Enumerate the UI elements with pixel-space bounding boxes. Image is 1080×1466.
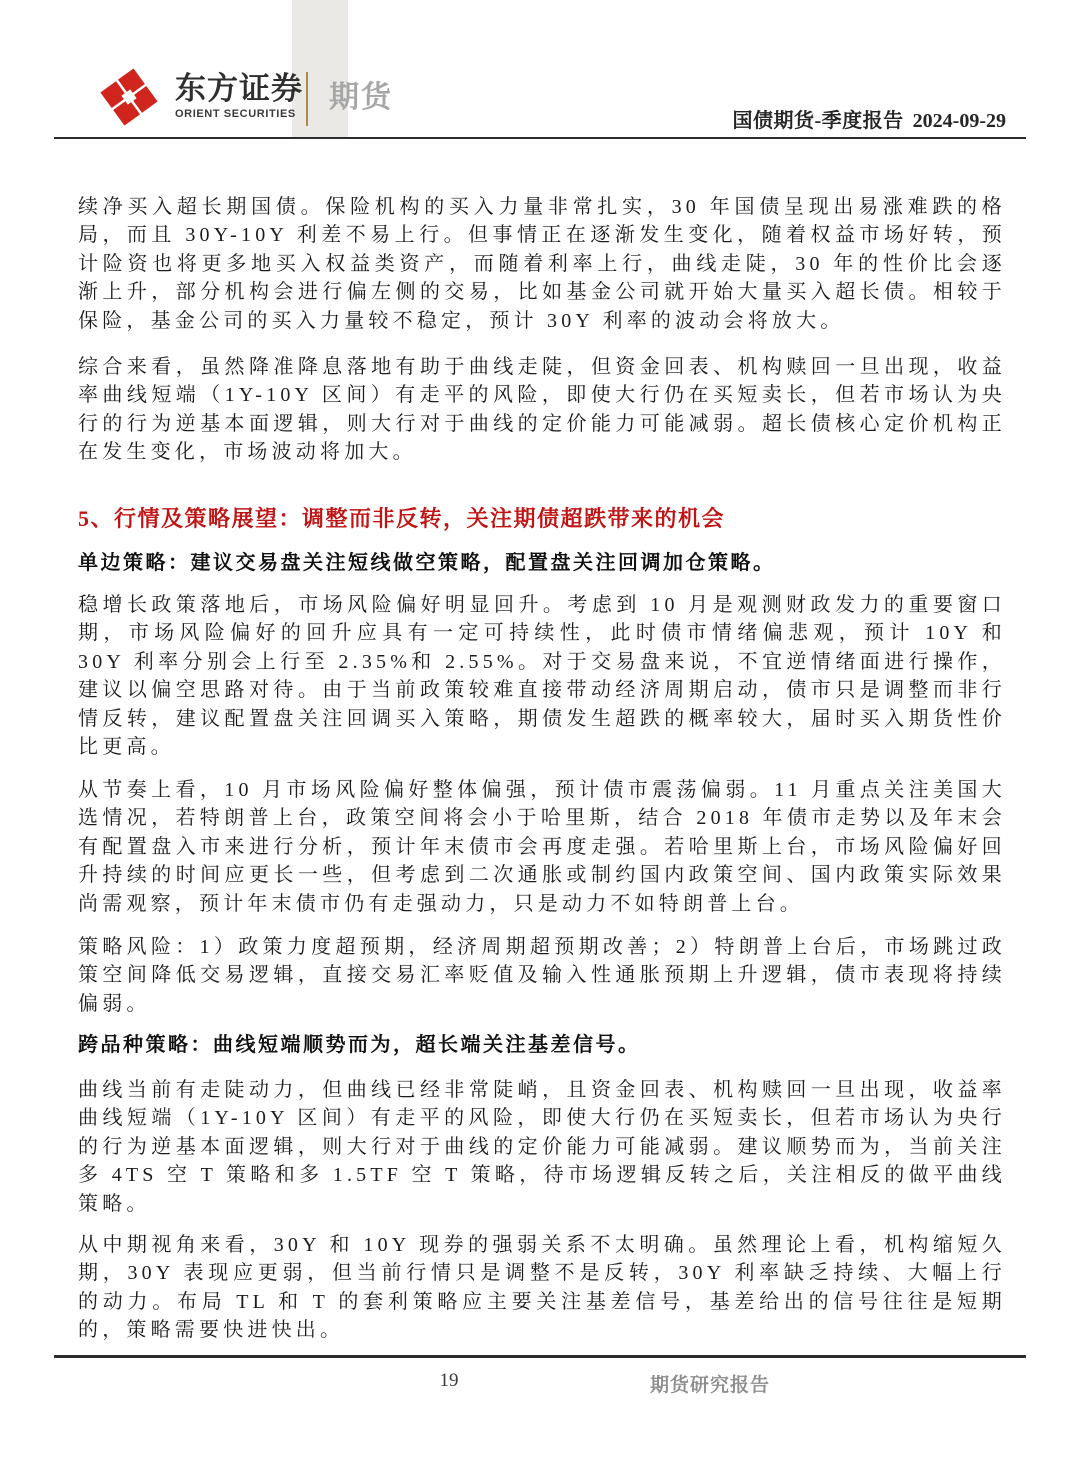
strategy-subheading-cross-variety: 跨品种策略：曲线短端顺势而为，超长端关注基差信号。	[78, 1031, 1006, 1059]
header-gold-divider	[306, 72, 308, 126]
body-paragraph: 策略风险：1）政策力度超预期，经济周期超预期改善；2）特朗普上台后，市场跳过政策…	[78, 933, 1006, 1018]
body-paragraph: 从中期视角来看，30Y 和 10Y 现券的强弱关系不太明确。虽然理论上看，机构缩…	[78, 1231, 1006, 1345]
brand-text-block: 东方证券 ORIENT SECURITIES	[175, 72, 325, 121]
section-heading: 5、行情及策略展望：调整而非反转，关注期债超跌带来的机会	[78, 504, 1006, 534]
brand-name-en: ORIENT SECURITIES	[175, 108, 325, 121]
report-date: 2024-09-29	[913, 110, 1006, 132]
body-paragraph: 曲线当前有走陡动力，但曲线已经非常陡峭，且资金回表、机构赎回一旦出现，收益率曲线…	[78, 1076, 1006, 1218]
page-number: 19	[404, 1370, 494, 1392]
brand-name-cn: 东方证券	[175, 72, 325, 106]
footer-report-series-label: 期货研究报告	[650, 1370, 770, 1397]
strategy-subheading-unilateral: 单边策略：建议交易盘关注短线做空策略，配置盘关注回调加仓策略。	[78, 549, 1006, 577]
body-paragraph: 综合来看，虽然降准降息落地有助于曲线走陡，但资金回表、机构赎回一旦出现，收益率曲…	[78, 353, 1006, 467]
orient-securities-logo-icon	[97, 65, 161, 129]
header-rule	[54, 137, 1026, 139]
division-label: 期货	[329, 72, 393, 116]
body-paragraph: 稳增长政策落地后，市场风险偏好明显回升。考虑到 10 月是观测财政发力的重要窗口…	[78, 591, 1006, 761]
body-paragraph: 从节奏上看，10 月市场风险偏好整体偏强，预计债市震荡偏弱。11 月重点关注美国…	[78, 776, 1006, 918]
body-paragraph: 续净买入超长期国债。保险机构的买入力量非常扎实，30 年国债呈现出易涨难跌的格局…	[78, 193, 1006, 335]
report-title: 国债期货-季度报告2024-09-29	[733, 104, 1007, 133]
footer-rule	[54, 1355, 1026, 1358]
report-type-label: 国债期货-季度报告	[733, 110, 904, 132]
